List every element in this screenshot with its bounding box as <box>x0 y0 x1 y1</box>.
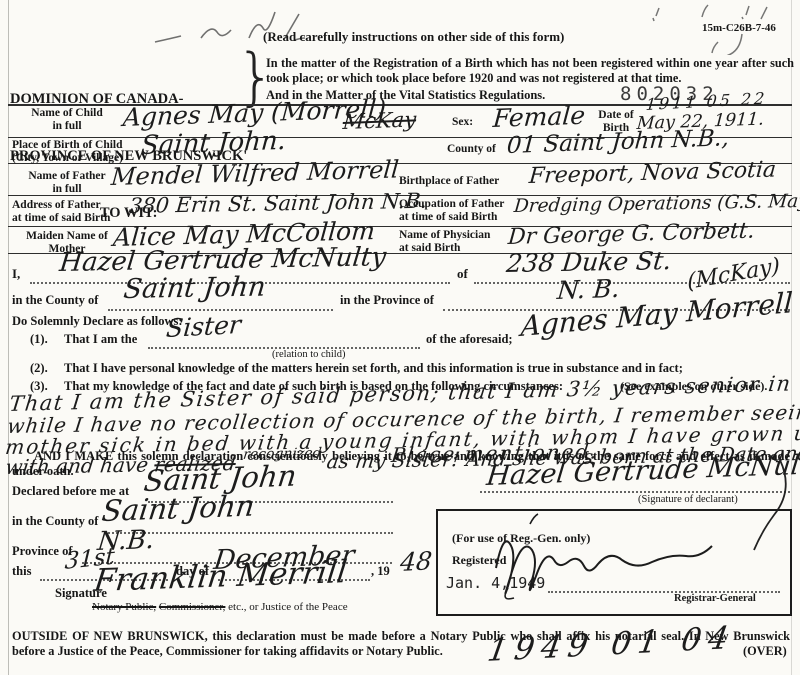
capacity-caption: Notary Public, Commissioner, etc., or Ju… <box>92 601 348 613</box>
father-birthplace-label: Birthplace of Father <box>399 175 499 187</box>
this-label: this <box>12 564 31 579</box>
form-code: 15m-C26B-7-46 <box>702 22 776 34</box>
decl-county-value: Saint John <box>122 271 267 305</box>
exec-county-value: Saint John <box>100 489 257 528</box>
notary-signature-value: Franklin Merrill <box>92 554 349 599</box>
of-label: of <box>457 266 468 282</box>
physician-label: Name of Physician at said Birth <box>399 229 524 254</box>
child-name-struck: McKay <box>342 107 417 134</box>
year-value: 48 <box>399 546 433 577</box>
item1-pre-text: That I am the <box>64 332 137 347</box>
exec-county-label: in the County of <box>12 514 98 529</box>
father-address-label: Address of Father at time of said Birth <box>12 199 137 224</box>
capacity-struck-commissioner: Commissioner, <box>159 601 225 613</box>
relation-value: Sister <box>165 310 242 343</box>
decl-province-label: in the Province of <box>340 293 434 308</box>
county-of-label: County of <box>447 143 496 155</box>
footer-date-handwritten: 1949 01 04 <box>485 620 738 669</box>
item1-post-text: of the aforesaid; <box>426 332 513 347</box>
father-name-label: Name of Father in full <box>12 170 122 195</box>
exec-province-label: Province of <box>12 544 73 559</box>
declarant-signature-caption: (Signature of declarant) <box>638 494 738 505</box>
physician-value: Dr George G. Corbett. <box>507 218 756 250</box>
capacity-rest: etc., or Justice of the Peace <box>228 601 347 613</box>
solemnly-declare-label: Do Solemnly Declare as follows: <box>12 314 183 329</box>
child-name-label: Name of Child in full <box>12 107 122 132</box>
father-occupation-label: Occupation of Father at time of said Bir… <box>399 198 529 223</box>
item2-text: That I have personal knowledge of the ma… <box>64 361 683 376</box>
father-address-value: 380 Erin St. Saint John N.B. <box>128 189 428 218</box>
read-instructions-note: (Read carefully instructions on other si… <box>263 29 564 45</box>
father-occupation-value: Dredging Operations (G.S. Mayes <box>513 190 800 217</box>
over-label: (OVER) <box>743 644 787 659</box>
father-birthplace-value: Freeport, Nova Scotia <box>528 157 777 189</box>
year-prefix-label: , 19 <box>371 564 390 579</box>
relation-caption: (relation to child) <box>272 349 345 360</box>
scan-edge-left <box>8 0 9 675</box>
i-label: I, <box>12 266 20 282</box>
decl-county-label: in the County of <box>12 293 98 308</box>
matter-paragraph-1: In the matter of the Registration of a B… <box>266 56 794 86</box>
birthplace-label: Place of Birth of Child (City, Town or V… <box>12 139 142 164</box>
declarant-address-value: 238 Duke St. <box>505 246 673 278</box>
item1-number: (1). <box>30 332 48 347</box>
registrar-signature-icon <box>478 508 778 603</box>
item2-number: (2). <box>30 361 48 376</box>
birth-registration-form: 15m-C26B-7-46 (Read carefully instructio… <box>0 0 800 675</box>
capacity-struck-notary: Notary Public, <box>92 601 156 613</box>
sex-label: Sex: <box>452 116 473 128</box>
decl-province-value: N. B. <box>556 274 621 305</box>
birthplace-value: Saint John. <box>140 126 287 161</box>
sex-value: Female <box>492 101 586 133</box>
